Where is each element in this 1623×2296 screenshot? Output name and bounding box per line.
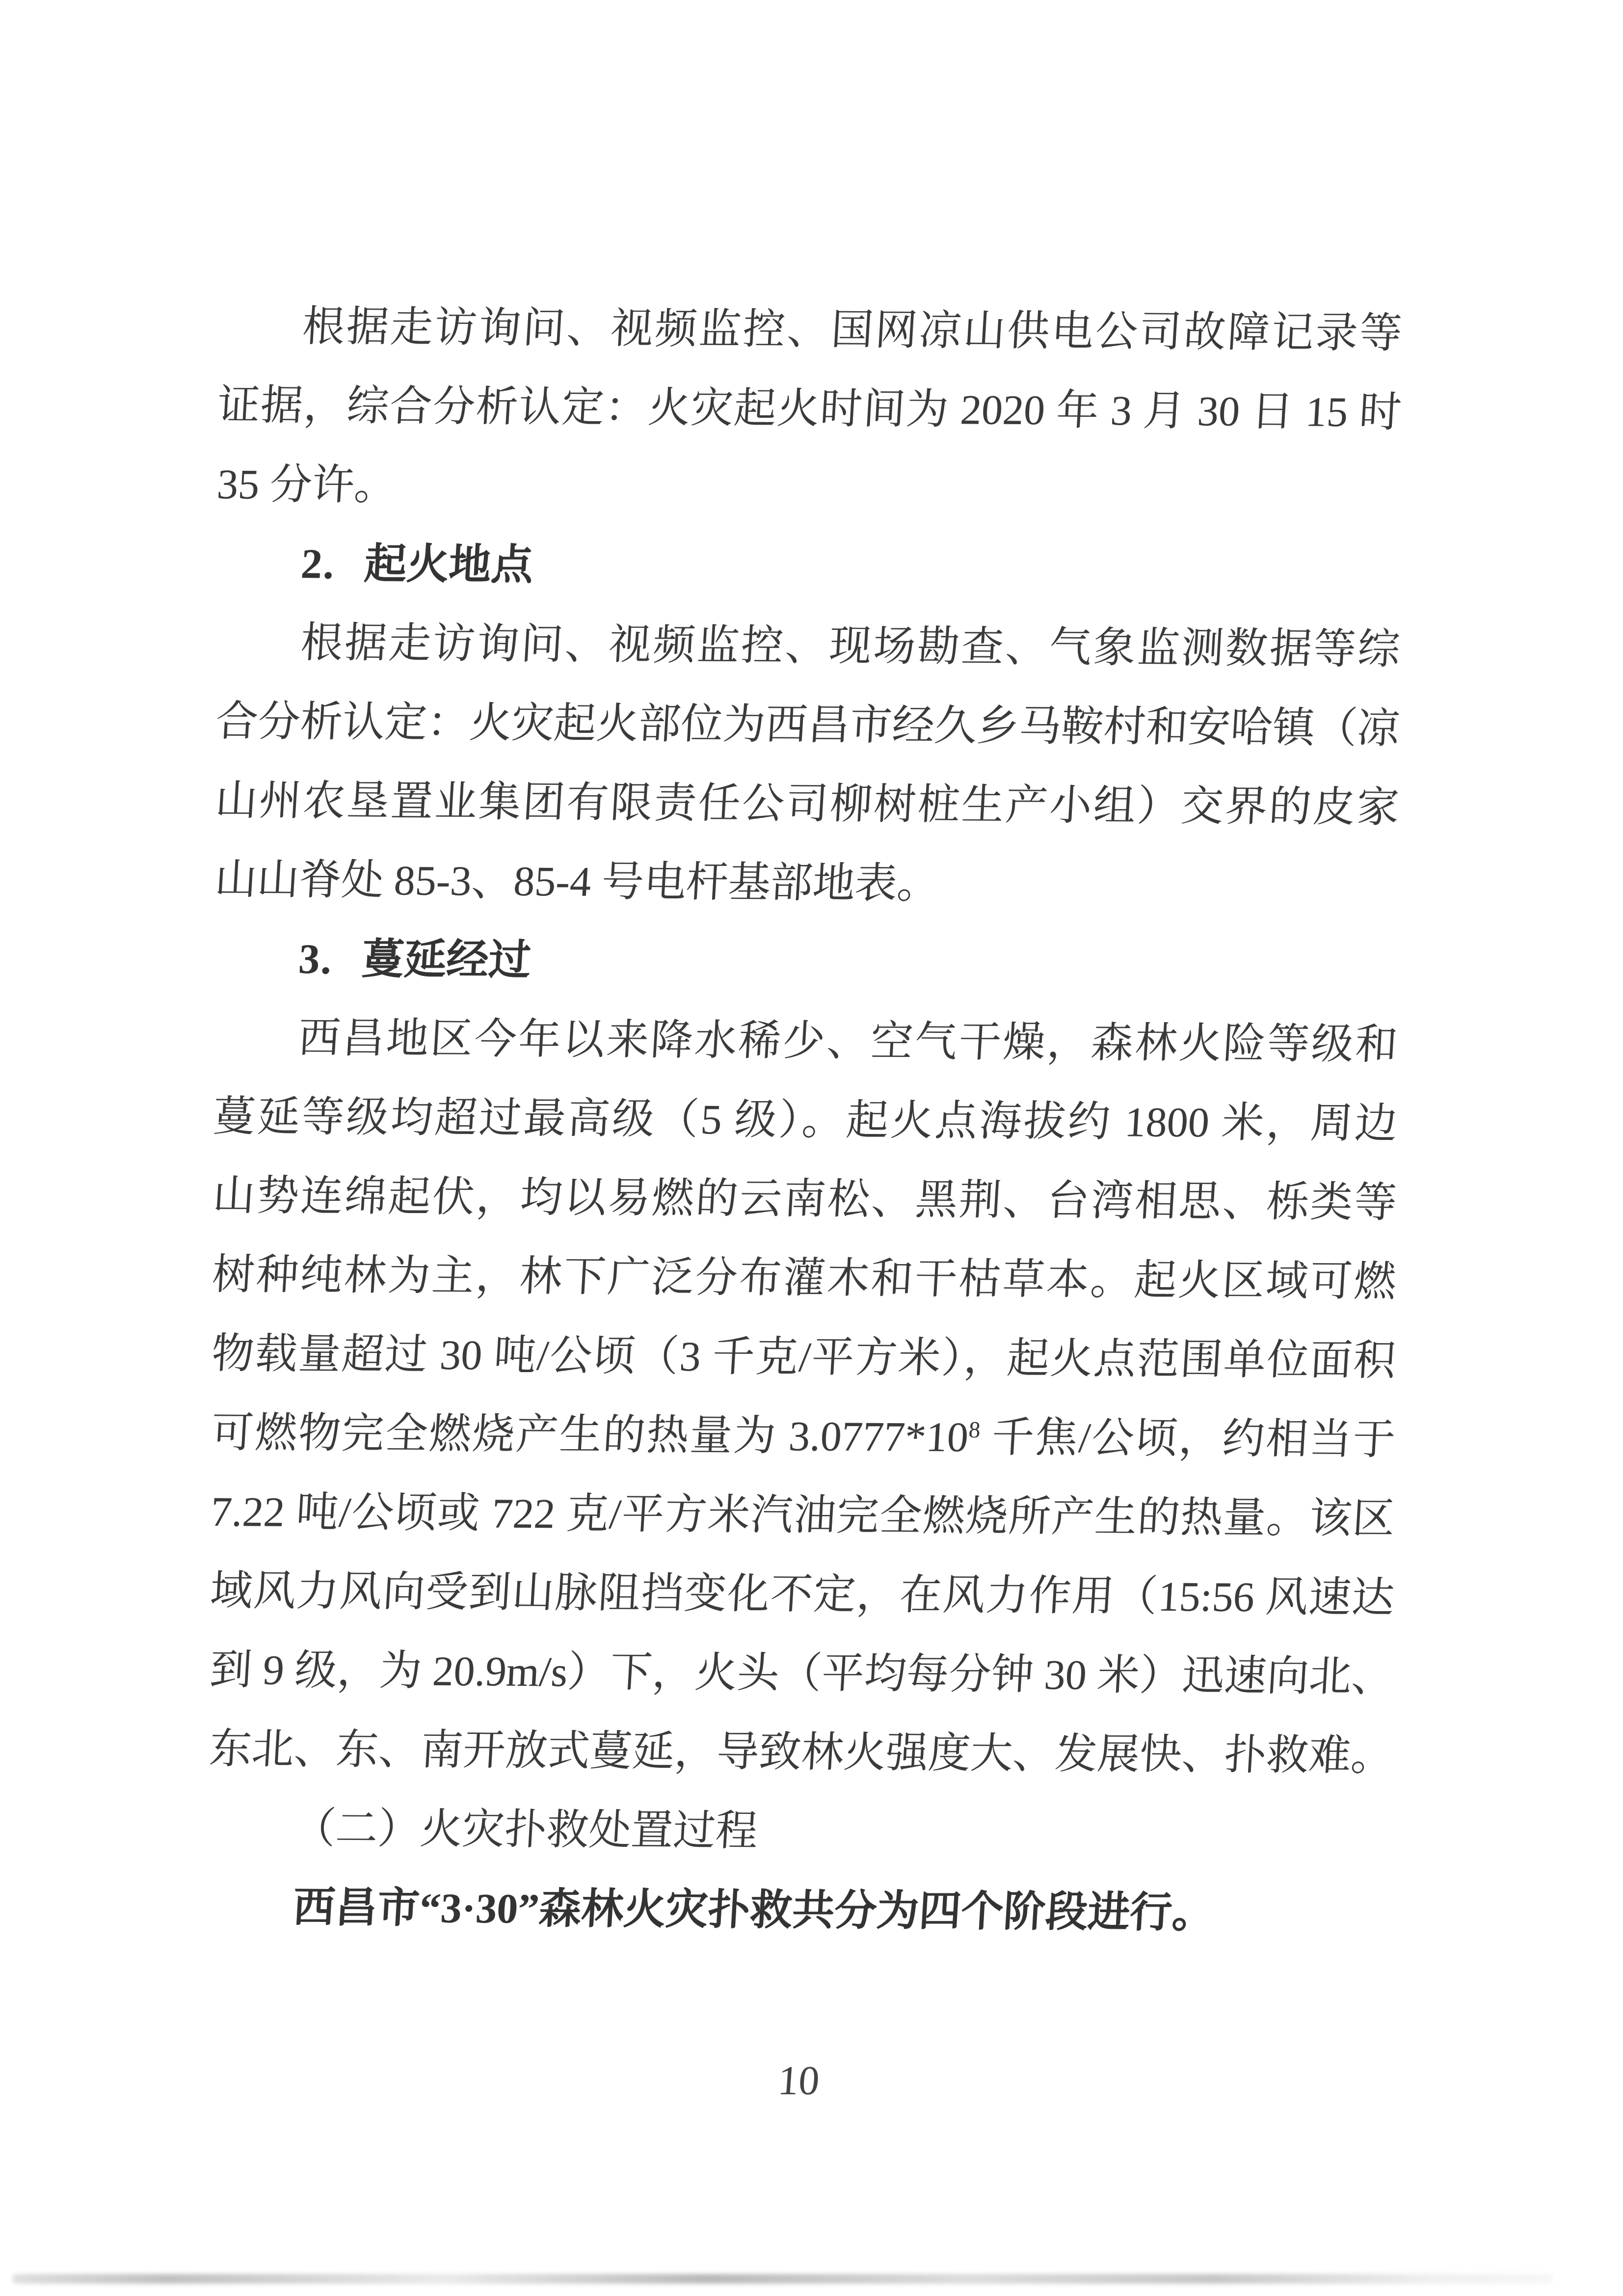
scan-artifact-streak [12, 2274, 1553, 2284]
subsection-heading: （二）火灾扑救处置过程 [207, 1788, 1395, 1875]
paragraph-line: 到 9 级，为 20.9m/s）下，火头（平均每分钟 30 米）迅速向北、 [208, 1630, 1396, 1717]
paragraph-line: 证据，综合分析认定：火灾起火时间为 2020 年 3 月 30 日 15 时 [215, 366, 1404, 452]
heat-value-prefix: 可燃物完全燃烧产生的热量为 3.0777*10 [210, 1409, 970, 1460]
section-heading-3: 3．蔓延经过 [212, 919, 1400, 1005]
paragraph-line: 根据走访询问、视频监控、国网凉山供电公司故障记录等 [216, 287, 1404, 373]
document-page: 根据走访询问、视频监控、国网凉山供电公司故障记录等 证据，综合分析认定：火灾起火… [0, 0, 1623, 2296]
paragraph-line: 山势连绵起伏，均以易燃的云南松、黑荆、台湾相思、栎类等 [211, 1156, 1399, 1243]
section-heading-2: 2．起火地点 [214, 524, 1403, 610]
paragraph-line: 山州农垦置业集团有限责任公司柳树桩生产小组）交界的皮家 [213, 761, 1401, 847]
paragraph-line: 东北、东、南开放式蔓延，导致林火强度大、发展快、扑救难。 [207, 1709, 1395, 1796]
paragraph-line: 合分析认定：火灾起火部位为西昌市经久乡马鞍村和安哈镇（凉 [213, 682, 1402, 768]
paragraph-line: 35 分许。 [215, 445, 1403, 531]
paragraph-line: 7.22 吨/公顷或 722 克/平方米汽油完全燃烧所产生的热量。该区 [209, 1472, 1397, 1559]
paragraph-line: 域风力风向受到山脉阻挡变化不定，在风力作用（15:56 风速达 [208, 1551, 1396, 1638]
paragraph-line: 山山脊处 85-3、85-4 号电杆基部地表。 [213, 840, 1401, 926]
paragraph-line: 蔓延等级均超过最高级（5 级）。起火点海拔约 1800 米，周边 [211, 1077, 1399, 1163]
paragraph-line: 树种纯林为主，林下广泛分布灌木和干枯草本。起火区域可燃 [210, 1235, 1398, 1322]
paragraph-line: 根据走访询问、视频监控、现场勘查、气象监测数据等综 [214, 603, 1402, 689]
heat-value-suffix: 千焦/公顷，约相当于 [979, 1414, 1397, 1463]
paragraph-line: 西昌地区今年以来降水稀少、空气干燥，森林火险等级和 [212, 998, 1400, 1084]
paragraph-line: 物载量超过 30 吨/公顷（3 千克/平方米），起火点范围单位面积 [210, 1314, 1398, 1401]
emphasis-line: 西昌市“3·30”森林火灾扑救共分为四个阶段进行。 [206, 1867, 1394, 1954]
superscript-exponent: 8 [968, 1417, 981, 1443]
page-number: 10 [0, 2057, 1612, 2105]
document-text-block: 根据走访询问、视频监控、国网凉山供电公司故障记录等 证据，综合分析认定：火灾起火… [208, 287, 1402, 1954]
paragraph-line-with-superscript: 可燃物完全燃烧产生的热量为 3.0777*108 千焦/公顷，约相当于 [209, 1393, 1397, 1480]
